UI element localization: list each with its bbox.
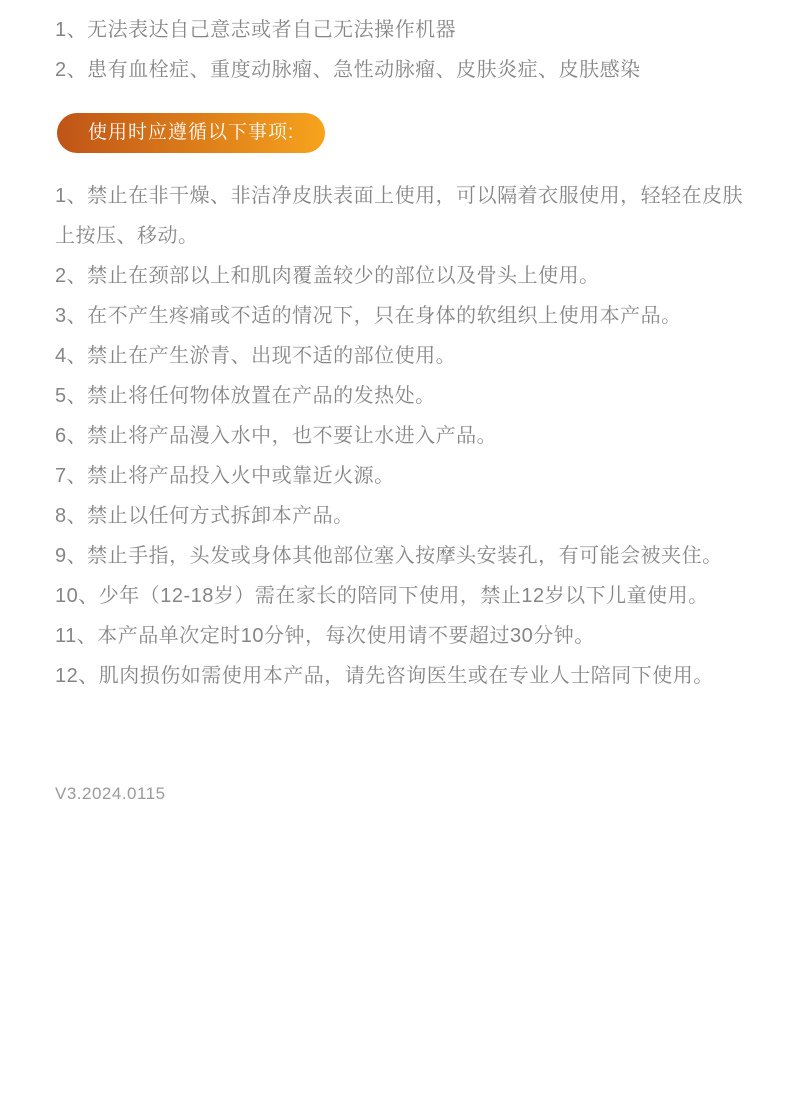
contraindication-list: 1、无法表达自己意志或者自己无法操作机器 2、患有血栓症、重度动脉瘤、急性动脉瘤… <box>55 10 752 90</box>
precautions-list: 1、禁止在非干燥、非洁净皮肤表面上使用，可以隔着衣服使用，轻轻在皮肤上按压、移动… <box>55 176 752 696</box>
contraindication-item: 1、无法表达自己意志或者自己无法操作机器 <box>55 10 752 50</box>
precaution-item: 9、禁止手指，头发或身体其他部位塞入按摩头安装孔，有可能会被夹住。 <box>55 536 752 576</box>
precaution-item: 6、禁止将产品漫入水中，也不要让水进入产品。 <box>55 416 752 456</box>
precaution-item: 5、禁止将任何物体放置在产品的发热处。 <box>55 376 752 416</box>
precaution-item: 11、本产品单次定时10分钟，每次使用请不要超过30分钟。 <box>55 616 752 656</box>
manual-page: 1、无法表达自己意志或者自己无法操作机器 2、患有血栓症、重度动脉瘤、急性动脉瘤… <box>0 0 790 804</box>
precaution-item: 3、在不产生疼痛或不适的情况下，只在身体的软组织上使用本产品。 <box>55 296 752 336</box>
precautions-heading-row: 使用时应遵循以下事项: <box>57 113 752 153</box>
precaution-item: 12、肌肉损伤如需使用本产品，请先咨询医生或在专业人士陪同下使用。 <box>55 656 752 696</box>
precaution-item: 1、禁止在非干燥、非洁净皮肤表面上使用，可以隔着衣服使用，轻轻在皮肤上按压、移动… <box>55 176 752 256</box>
version-label: V3.2024.0115 <box>55 784 752 804</box>
contraindication-item: 2、患有血栓症、重度动脉瘤、急性动脉瘤、皮肤炎症、皮肤感染 <box>55 50 752 90</box>
precaution-item: 8、禁止以任何方式拆卸本产品。 <box>55 496 752 536</box>
precaution-item: 10、少年（12-18岁）需在家长的陪同下使用，禁止12岁以下儿童使用。 <box>55 576 752 616</box>
precautions-heading-badge: 使用时应遵循以下事项: <box>57 113 325 153</box>
precaution-item: 2、禁止在颈部以上和肌肉覆盖较少的部位以及骨头上使用。 <box>55 256 752 296</box>
precaution-item: 4、禁止在产生淤青、出现不适的部位使用。 <box>55 336 752 376</box>
precaution-item: 7、禁止将产品投入火中或靠近火源。 <box>55 456 752 496</box>
